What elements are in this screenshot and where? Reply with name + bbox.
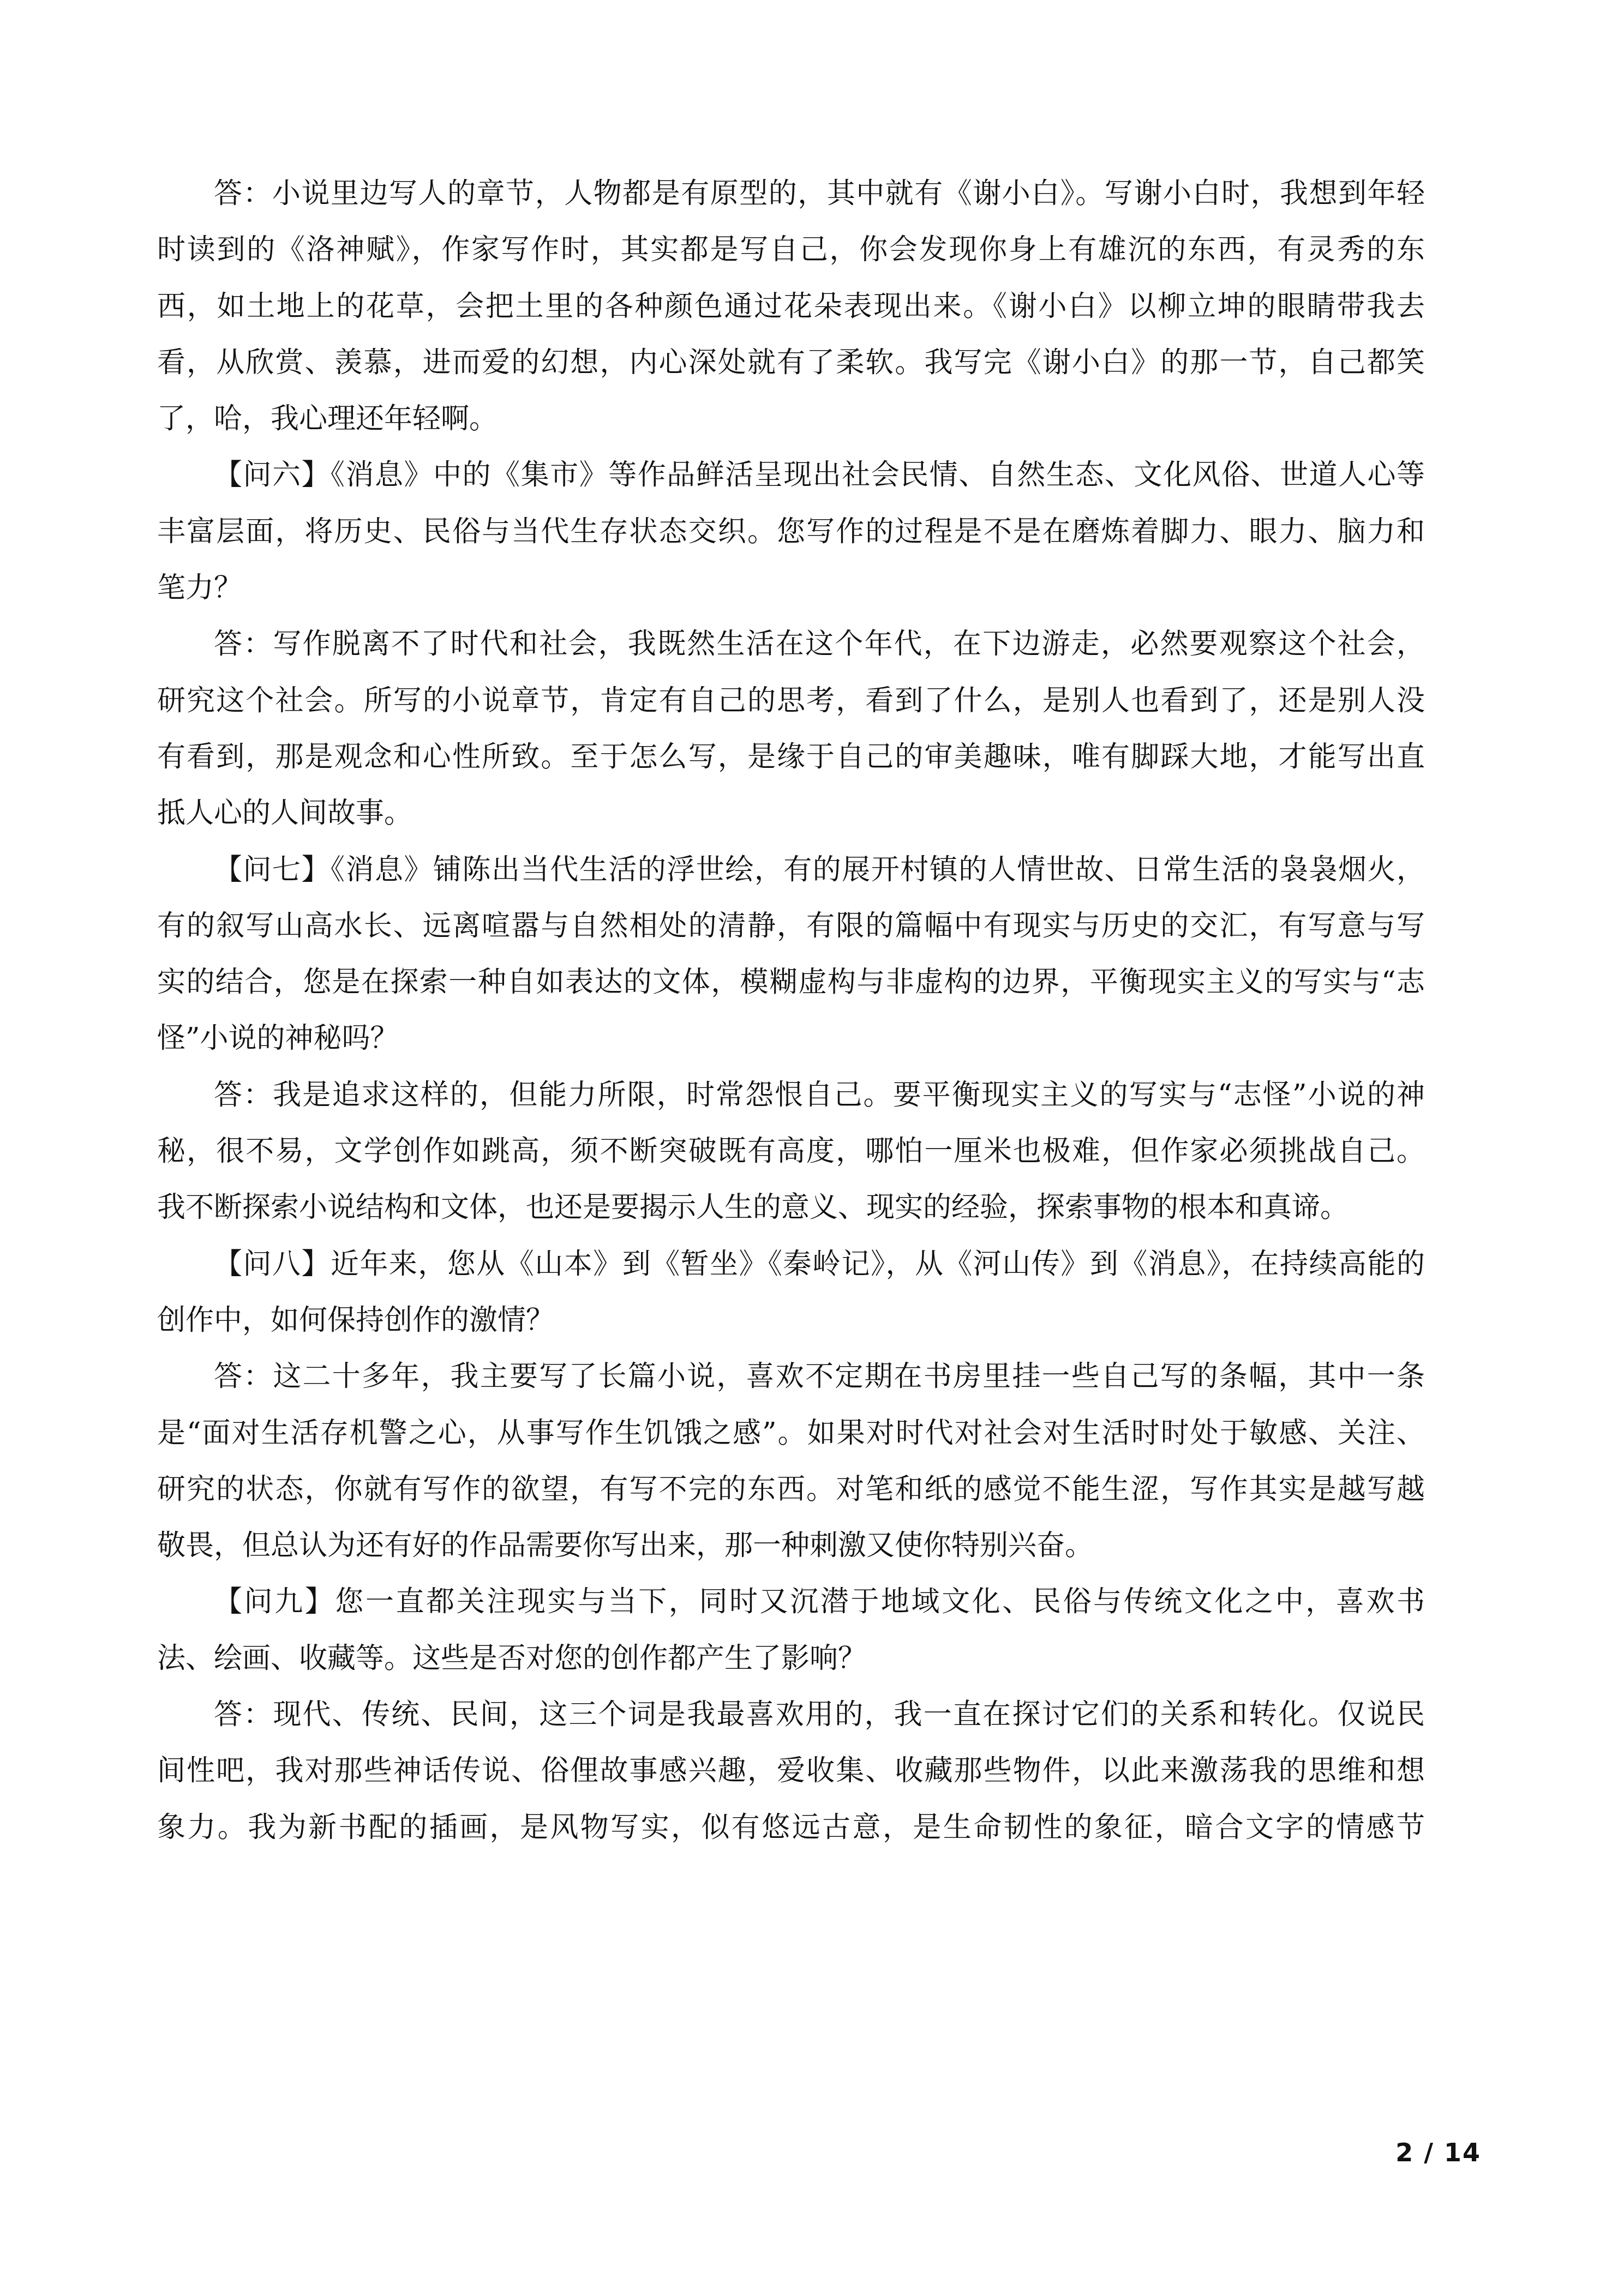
text-line: 了，哈，我心理还年轻啊。 bbox=[157, 391, 1425, 447]
text-line: 答：我是追求这样的，但能力所限，时常怨恨自己。要平衡现实主义的写实与“志怪”小说… bbox=[157, 1067, 1425, 1123]
text-line: 敬畏，但总认为还有好的作品需要你写出来，那一种刺激又使你特别兴奋。 bbox=[157, 1518, 1425, 1574]
answer-paragraph: 答：写作脱离不了时代和社会，我既然生活在这个年代，在下边游走，必然要观察这个社会… bbox=[157, 616, 1425, 842]
question-paragraph-9: 【问九】您一直都关注现实与当下，同时又沉潜于地域文化、民俗与传统文化之中，喜欢书… bbox=[157, 1574, 1425, 1687]
document-body: 答：小说里边写人的章节，人物都是有原型的，其中就有《谢小白》。写谢小白时，我想到… bbox=[157, 166, 1425, 1856]
text-line: 答：这二十多年，我主要写了长篇小说，喜欢不定期在书房里挂一些自己写的条幅，其中一… bbox=[157, 1349, 1425, 1405]
text-line: 【问六】《消息》中的《集市》等作品鲜活呈现出社会民情、自然生态、文化风俗、世道人… bbox=[157, 447, 1425, 503]
text-line: 抵人心的人间故事。 bbox=[157, 785, 1425, 842]
page-number: 2 / 14 bbox=[1395, 2138, 1481, 2167]
text-line: 【问七】《消息》铺陈出当代生活的浮世绘，有的展开村镇的人情世故、日常生活的袅袅烟… bbox=[157, 842, 1425, 898]
answer-paragraph: 答：我是追求这样的，但能力所限，时常怨恨自己。要平衡现实主义的写实与“志怪”小说… bbox=[157, 1067, 1425, 1236]
text-line: 时读到的《洛神赋》，作家写作时，其实都是写自己，你会发现你身上有雄沉的东西，有灵… bbox=[157, 222, 1425, 278]
text-line: 实的结合，您是在探索一种自如表达的文体，模糊虚构与非虚构的边界，平衡现实主义的写… bbox=[157, 954, 1425, 1011]
answer-paragraph: 答：小说里边写人的章节，人物都是有原型的，其中就有《谢小白》。写谢小白时，我想到… bbox=[157, 166, 1425, 447]
text-line: 研究的状态，你就有写作的欲望，有写不完的东西。对笔和纸的感觉不能生涩，写作其实是… bbox=[157, 1462, 1425, 1518]
text-line: 怪”小说的神秘吗？ bbox=[157, 1011, 1425, 1067]
document-page: 答：小说里边写人的章节，人物都是有原型的，其中就有《谢小白》。写谢小白时，我想到… bbox=[0, 0, 1624, 2296]
text-line: 答：小说里边写人的章节，人物都是有原型的，其中就有《谢小白》。写谢小白时，我想到… bbox=[157, 166, 1425, 222]
text-line: 法、绘画、收藏等。这些是否对您的创作都产生了影响？ bbox=[157, 1631, 1425, 1687]
text-line: 我不断探索小说结构和文体，也还是要揭示人生的意义、现实的经验，探索事物的根本和真… bbox=[157, 1180, 1425, 1236]
text-line: 【问八】近年来，您从《山本》到《暂坐》《秦岭记》，从《河山传》到《消息》，在持续… bbox=[157, 1236, 1425, 1293]
answer-paragraph: 答：现代、传统、民间，这三个词是我最喜欢用的，我一直在探讨它们的关系和转化。仅说… bbox=[157, 1687, 1425, 1856]
text-line: 象力。我为新书配的插画，是风物写实，似有悠远古意，是生命韧性的象征，暗合文字的情… bbox=[157, 1800, 1425, 1856]
text-line: 丰富层面，将历史、民俗与当代生存状态交织。您写作的过程是不是在磨炼着脚力、眼力、… bbox=[157, 504, 1425, 560]
text-line: 研究这个社会。所写的小说章节，肯定有自己的思考，看到了什么，是别人也看到了，还是… bbox=[157, 673, 1425, 729]
answer-paragraph: 答：这二十多年，我主要写了长篇小说，喜欢不定期在书房里挂一些自己写的条幅，其中一… bbox=[157, 1349, 1425, 1574]
text-line: 有看到，那是观念和心性所致。至于怎么写，是缘于自己的审美趣味，唯有脚踩大地，才能… bbox=[157, 729, 1425, 785]
text-line: 创作中，如何保持创作的激情？ bbox=[157, 1293, 1425, 1349]
text-line: 答：写作脱离不了时代和社会，我既然生活在这个年代，在下边游走，必然要观察这个社会… bbox=[157, 616, 1425, 672]
question-paragraph-6: 【问六】《消息》中的《集市》等作品鲜活呈现出社会民情、自然生态、文化风俗、世道人… bbox=[157, 447, 1425, 616]
text-line: 西，如土地上的花草，会把土里的各种颜色通过花朵表现出来。《谢小白》以柳立坤的眼睛… bbox=[157, 279, 1425, 335]
text-line: 答：现代、传统、民间，这三个词是我最喜欢用的，我一直在探讨它们的关系和转化。仅说… bbox=[157, 1687, 1425, 1743]
text-line: 有的叙写山高水长、远离喧嚣与自然相处的清静，有限的篇幅中有现实与历史的交汇，有写… bbox=[157, 898, 1425, 954]
question-paragraph-8: 【问八】近年来，您从《山本》到《暂坐》《秦岭记》，从《河山传》到《消息》，在持续… bbox=[157, 1236, 1425, 1349]
text-line: 秘，很不易，文学创作如跳高，须不断突破既有高度，哪怕一厘米也极难，但作家必须挑战… bbox=[157, 1123, 1425, 1180]
text-line: 笔力？ bbox=[157, 560, 1425, 616]
question-paragraph-7: 【问七】《消息》铺陈出当代生活的浮世绘，有的展开村镇的人情世故、日常生活的袅袅烟… bbox=[157, 842, 1425, 1067]
text-line: 是“面对生活存机警之心，从事写作生饥饿之感”。如果对时代对社会对生活时时处于敏感… bbox=[157, 1405, 1425, 1462]
text-line: 看，从欣赏、羡慕，进而爱的幻想，内心深处就有了柔软。我写完《谢小白》的那一节，自… bbox=[157, 335, 1425, 391]
text-line: 【问九】您一直都关注现实与当下，同时又沉潜于地域文化、民俗与传统文化之中，喜欢书 bbox=[157, 1574, 1425, 1630]
text-line: 间性吧，我对那些神话传说、俗俚故事感兴趣，爱收集、收藏那些物件，以此来激荡我的思… bbox=[157, 1743, 1425, 1799]
